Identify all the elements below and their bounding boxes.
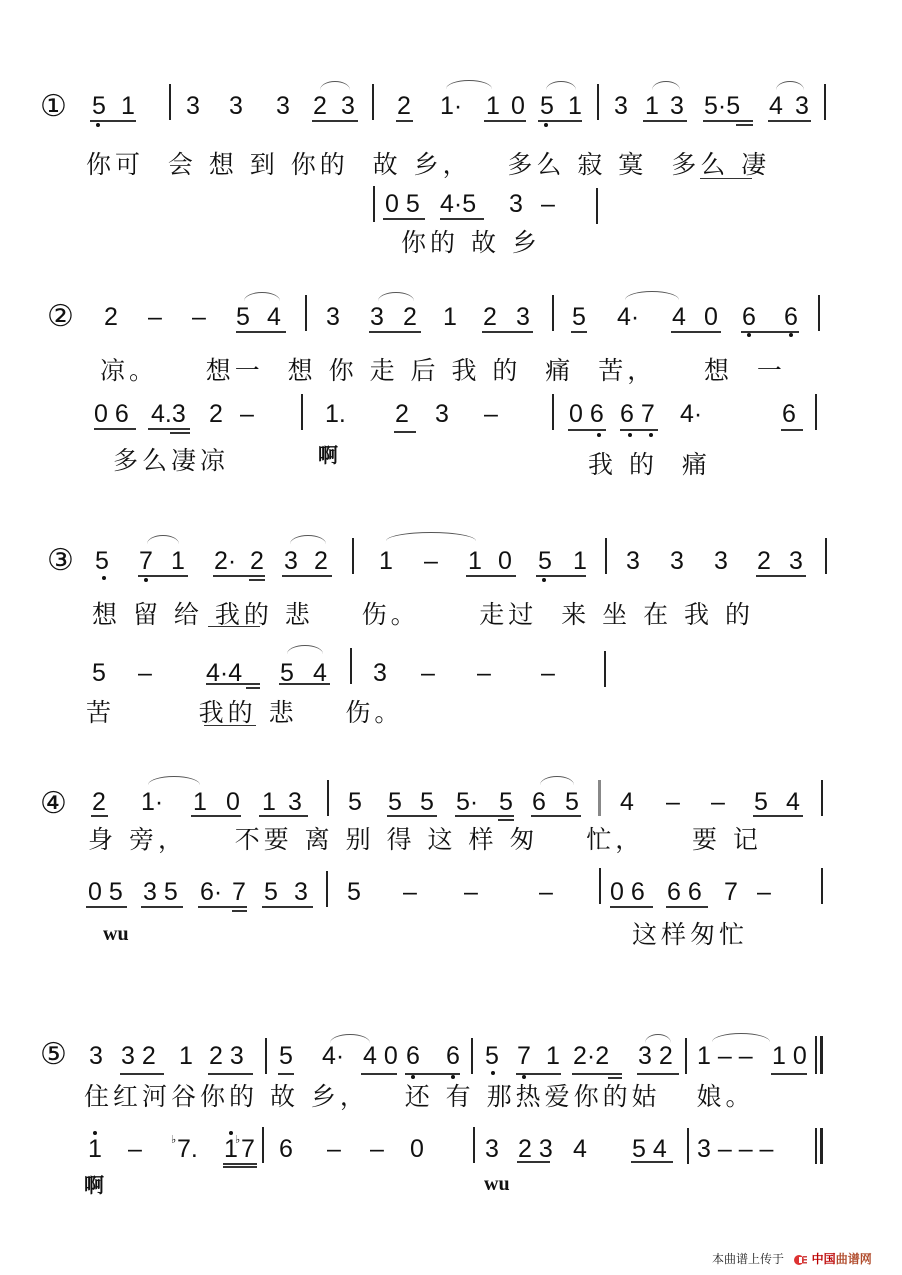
barline: [352, 538, 354, 574]
note: 2: [313, 94, 327, 119]
barline: [265, 1038, 267, 1074]
note: 1: [573, 549, 587, 574]
beam-double: [223, 1166, 257, 1168]
beam: [86, 906, 127, 908]
harmony-note: 6: [279, 1137, 293, 1162]
note: 5·5: [704, 94, 740, 119]
note: 5: [348, 790, 362, 815]
barline: [597, 84, 599, 120]
note: 3: [288, 790, 302, 815]
beam: [643, 120, 687, 122]
low-octave-dot: [102, 576, 106, 580]
note: 1: [645, 94, 659, 119]
note: 1: [171, 549, 185, 574]
lyric-underline: [208, 626, 260, 627]
lyrics-line: 凉。 想一 想 你 走 后 我 的 痛 苦， 想 一: [100, 358, 786, 383]
note: 1: [546, 1044, 560, 1069]
beam: [361, 1073, 397, 1075]
beam: [141, 906, 183, 908]
note: –: [666, 790, 680, 815]
flat-icon: ♭: [171, 1133, 176, 1146]
note: 0: [226, 790, 240, 815]
note: 3 2: [121, 1044, 156, 1069]
lyrics-line: 你可 会 想 到 你的 故 乡， 多么 寂 寞 多么 凄: [86, 152, 770, 177]
barline: [687, 1128, 689, 1164]
beam: [282, 575, 332, 577]
note: 3: [795, 94, 809, 119]
barline: [372, 84, 374, 120]
beam: [148, 428, 190, 430]
beam: [482, 331, 533, 333]
beam: [768, 120, 811, 122]
beam: [236, 331, 286, 333]
note: 0: [704, 305, 718, 330]
note: 6: [532, 790, 546, 815]
low-octave-dot: [597, 433, 601, 437]
harmony-note: 0: [410, 1137, 424, 1162]
slur: [378, 292, 414, 301]
flat-icon: ♭: [235, 1133, 240, 1146]
note: 5: [279, 1044, 293, 1069]
note: 3: [714, 549, 728, 574]
upload-credit-text: 本曲谱上传于: [712, 1252, 784, 1266]
beam: [536, 575, 586, 577]
beam: [703, 120, 753, 122]
harmony-note: 5: [264, 880, 278, 905]
beam: [208, 1073, 253, 1075]
beam: [771, 1073, 807, 1075]
barline: [605, 538, 607, 574]
slur: [546, 81, 576, 90]
site-logo-icon: [794, 1254, 808, 1266]
harmony-note: 7: [232, 880, 246, 905]
beam: [756, 575, 806, 577]
harmony-note: –: [484, 402, 498, 427]
beam: [94, 428, 136, 430]
barline: [598, 780, 601, 816]
barline: [825, 538, 827, 574]
barline: [821, 780, 823, 816]
section-marker-5: ⑤: [40, 1040, 67, 1070]
harmony-note: 5: [92, 661, 106, 686]
slur: [712, 1033, 770, 1042]
slur: [287, 645, 323, 654]
slur: [446, 80, 492, 89]
note: –: [148, 305, 162, 330]
beam: [191, 815, 241, 817]
high-octave-dot: [229, 1131, 233, 1135]
barline: [326, 871, 328, 907]
note: 5: [388, 790, 402, 815]
slur: [776, 81, 804, 90]
barline: [685, 1038, 687, 1074]
note: 1: [443, 305, 457, 330]
note: 1: [121, 94, 135, 119]
note: 2: [403, 305, 417, 330]
note: 2: [104, 305, 118, 330]
note: 6: [446, 1044, 460, 1069]
harmony-note: 0 6: [94, 402, 129, 427]
harmony-note: 3 5: [143, 880, 178, 905]
note: –: [192, 305, 206, 330]
beam-double: [498, 819, 514, 821]
note: 3: [276, 94, 290, 119]
barline: [552, 394, 554, 430]
harmony-note: 3: [373, 661, 387, 686]
note: 3: [370, 305, 384, 330]
beam: [223, 1163, 257, 1165]
note: 3: [626, 549, 640, 574]
low-octave-dot: [789, 333, 793, 337]
barline: [815, 394, 817, 430]
low-octave-dot: [747, 333, 751, 337]
section-marker-2: ②: [47, 302, 74, 332]
note: 2·: [214, 549, 236, 574]
note: 2: [250, 549, 264, 574]
harmony-note: 3: [435, 402, 449, 427]
note: 4 0: [363, 1044, 398, 1069]
low-octave-dot: [451, 1075, 455, 1079]
harmony-note: 2: [209, 402, 223, 427]
beam: [383, 218, 425, 220]
beam: [90, 120, 136, 122]
low-octave-dot: [628, 433, 632, 437]
beam: [312, 120, 358, 122]
note: 1 0: [772, 1044, 807, 1069]
harmony-note: 4.3: [151, 402, 186, 427]
slur: [625, 291, 679, 300]
harmony-note: 0 6: [569, 402, 604, 427]
section-marker-4: ④: [40, 789, 67, 819]
harmony-note: 2 3: [518, 1137, 553, 1162]
harmony-note: 0 6: [610, 880, 645, 905]
beam: [610, 906, 653, 908]
harmony-note: 1.: [325, 402, 346, 427]
barline: [262, 1127, 264, 1163]
slur: [244, 292, 280, 301]
barline: [596, 188, 598, 224]
harmony-lyrics: 啊: [84, 1176, 104, 1196]
note: 2: [314, 549, 328, 574]
barline: [599, 868, 601, 904]
lyrics-line: 住红河谷你的 故 乡， 还 有 那热爱你的姑 娘。: [84, 1084, 754, 1109]
note: 7: [139, 549, 153, 574]
beam-double: [246, 687, 260, 689]
slur: [652, 81, 680, 90]
harmony-lyrics: 啊: [318, 446, 338, 466]
slur: [148, 776, 200, 785]
site-name-link[interactable]: 中国曲谱网: [812, 1252, 872, 1266]
note: 2 3: [209, 1044, 244, 1069]
beam: [455, 815, 514, 817]
barline: [473, 1127, 475, 1163]
harmony-note: 7: [724, 880, 738, 905]
beam: [568, 429, 606, 431]
harmony-note: 1: [88, 1137, 102, 1162]
note: 6: [406, 1044, 420, 1069]
upload-credit: 本曲谱上传于 中国曲谱网: [712, 1250, 872, 1267]
harmony-note: –: [403, 880, 417, 905]
slur: [290, 535, 326, 544]
beam: [394, 431, 416, 433]
low-octave-dot: [542, 578, 546, 582]
beam-double: [608, 1077, 622, 1079]
barline: [604, 651, 606, 687]
slur: [540, 776, 574, 785]
barline: [305, 295, 307, 331]
note: 2: [757, 549, 771, 574]
note: 4: [267, 305, 281, 330]
beam: [138, 575, 188, 577]
note: 1: [262, 790, 276, 815]
harmony-lyrics: wu: [484, 1174, 510, 1194]
barline: [821, 868, 823, 904]
harmony-note: 7: [241, 1137, 255, 1162]
barline: [327, 780, 329, 816]
beam: [671, 331, 721, 333]
slur: [645, 1034, 671, 1043]
note: 3: [326, 305, 340, 330]
note: 3: [186, 94, 200, 119]
note: 1: [468, 549, 482, 574]
lyrics-line: 身 旁， 不要 离 别 得 这 样 匆 忙， 要 记: [88, 827, 762, 852]
note: 1·: [141, 790, 163, 815]
sheet-music-page: ① 5 1 3 3 3 2 3 2 1· 1 0 5 1 3 1 3 5·5 4: [0, 0, 902, 1275]
note: 1 – –: [697, 1044, 753, 1069]
harmony-note: 5 4: [632, 1137, 667, 1162]
beam: [206, 683, 260, 685]
barline: [552, 295, 554, 331]
beam: [387, 815, 437, 817]
high-octave-dot: [93, 1131, 97, 1135]
note: –: [424, 549, 438, 574]
note: 3: [614, 94, 628, 119]
harmony-note: 0 5: [385, 192, 420, 217]
beam: [781, 429, 803, 431]
beam: [396, 120, 413, 122]
beam: [278, 1073, 294, 1075]
barline: [818, 295, 820, 331]
beam: [620, 429, 658, 431]
beam: [631, 1161, 673, 1163]
harmony-note: 3 – – –: [697, 1137, 773, 1162]
beam-double: [232, 910, 247, 912]
note: 4: [620, 790, 634, 815]
note: 1: [568, 94, 582, 119]
low-octave-dot: [411, 1075, 415, 1079]
beam: [120, 1073, 164, 1075]
note: 3: [670, 549, 684, 574]
note: 3 2: [638, 1044, 673, 1069]
harmony-note: 6 6: [667, 880, 702, 905]
barline: [350, 648, 352, 684]
harmony-note: –: [541, 192, 555, 217]
note: 4: [672, 305, 686, 330]
note: 5: [572, 305, 586, 330]
note: 5: [754, 790, 768, 815]
section-marker-3: ③: [47, 546, 74, 576]
harmony-note: 5: [347, 880, 361, 905]
note: 2: [397, 94, 411, 119]
beam: [466, 575, 516, 577]
harmony-note: –: [138, 661, 152, 686]
note: 4: [769, 94, 783, 119]
note: 0: [498, 549, 512, 574]
harmony-note: 4: [573, 1137, 587, 1162]
beam-double: [249, 579, 265, 581]
note: 3: [284, 549, 298, 574]
note: 5: [499, 790, 513, 815]
slur: [320, 81, 350, 90]
harmony-lyrics: 多么凄凉: [113, 448, 229, 473]
note: 5: [538, 549, 552, 574]
note: 5: [95, 549, 109, 574]
harmony-note: –: [757, 880, 771, 905]
note: 1: [486, 94, 500, 119]
beam: [369, 331, 421, 333]
note: 5: [236, 305, 250, 330]
slur: [147, 535, 179, 544]
beam: [753, 815, 803, 817]
final-barline-thin: [815, 1128, 817, 1164]
low-octave-dot: [144, 578, 148, 582]
beam: [571, 331, 587, 333]
note: 5: [420, 790, 434, 815]
harmony-note: 7.: [177, 1137, 198, 1162]
beam: [637, 1073, 679, 1075]
note: 6: [784, 305, 798, 330]
lyric-underline: [700, 178, 752, 179]
barline: [373, 186, 375, 222]
harmony-note: 0 5: [88, 880, 123, 905]
barline: [301, 394, 303, 430]
low-octave-dot: [544, 123, 548, 127]
note: 7: [517, 1044, 531, 1069]
slur: [386, 532, 476, 541]
lyric-underline: [204, 725, 256, 726]
harmony-lyrics: 苦 我的 悲 伤。: [86, 700, 403, 725]
final-barline-thick: [820, 1128, 823, 1164]
note: 1·: [440, 94, 462, 119]
beam: [279, 683, 330, 685]
final-barline-thin: [815, 1036, 817, 1074]
lyrics-line: 想 留 给 我的 悲 伤。 走过 来 坐 在 我 的: [92, 602, 754, 627]
barline: [169, 84, 171, 120]
beam: [198, 906, 247, 908]
note: 3: [516, 305, 530, 330]
harmony-note: 3: [509, 192, 523, 217]
beam: [538, 120, 582, 122]
harmony-note: –: [240, 402, 254, 427]
note: 1: [379, 549, 393, 574]
harmony-lyrics: wu: [103, 924, 129, 944]
note: 4·: [617, 305, 639, 330]
note: 3: [89, 1044, 103, 1069]
section-marker-1: ①: [40, 92, 67, 122]
low-octave-dot: [96, 123, 100, 127]
harmony-note: 3: [485, 1137, 499, 1162]
note: 3: [229, 94, 243, 119]
beam: [484, 120, 526, 122]
harmony-note: 4·5: [440, 192, 476, 217]
beam: [262, 906, 313, 908]
harmony-lyrics: 这样匆忙: [632, 922, 748, 947]
beam: [213, 575, 265, 577]
note: 1: [193, 790, 207, 815]
beam: [572, 1073, 622, 1075]
harmony-note: 3: [294, 880, 308, 905]
harmony-note: –: [464, 880, 478, 905]
harmony-note: –: [421, 661, 435, 686]
low-octave-dot: [491, 1071, 495, 1075]
low-octave-dot: [649, 433, 653, 437]
note: 5: [540, 94, 554, 119]
harmony-note: –: [541, 661, 555, 686]
harmony-note: –: [370, 1137, 384, 1162]
note: 4·: [322, 1044, 344, 1069]
note: 5: [92, 94, 106, 119]
final-barline-thick: [820, 1036, 823, 1074]
beam: [531, 815, 581, 817]
beam-double: [170, 432, 190, 434]
note: 5: [485, 1044, 499, 1069]
note: 2: [92, 790, 106, 815]
harmony-note: –: [539, 880, 553, 905]
beam: [517, 1161, 550, 1163]
note: 4: [786, 790, 800, 815]
harmony-note: 4·: [680, 402, 702, 427]
harmony-note: –: [128, 1137, 142, 1162]
note: 3: [670, 94, 684, 119]
note: 5·: [456, 790, 478, 815]
note: 3: [789, 549, 803, 574]
note: 5: [565, 790, 579, 815]
harmony-lyrics: 我 的 痛: [588, 452, 711, 477]
harmony-lyrics: 你的 故 乡: [401, 230, 541, 255]
barline: [824, 84, 826, 120]
note: 1: [179, 1044, 193, 1069]
note: 0: [511, 94, 525, 119]
harmony-note: –: [477, 661, 491, 686]
harmony-note: –: [327, 1137, 341, 1162]
beam: [666, 906, 708, 908]
beam-double: [736, 124, 753, 126]
beam: [440, 218, 484, 220]
harmony-note: 6: [782, 402, 796, 427]
harmony-note: 6·: [200, 880, 222, 905]
barline: [471, 1038, 473, 1074]
note: 2: [483, 305, 497, 330]
beam: [91, 815, 108, 817]
note: 3: [341, 94, 355, 119]
harmony-note: 6 7: [620, 402, 655, 427]
harmony-note: 2: [395, 402, 409, 427]
low-octave-dot: [522, 1075, 526, 1079]
note: 6: [742, 305, 756, 330]
beam: [259, 815, 308, 817]
note: 2·2: [573, 1044, 609, 1069]
note: –: [711, 790, 725, 815]
